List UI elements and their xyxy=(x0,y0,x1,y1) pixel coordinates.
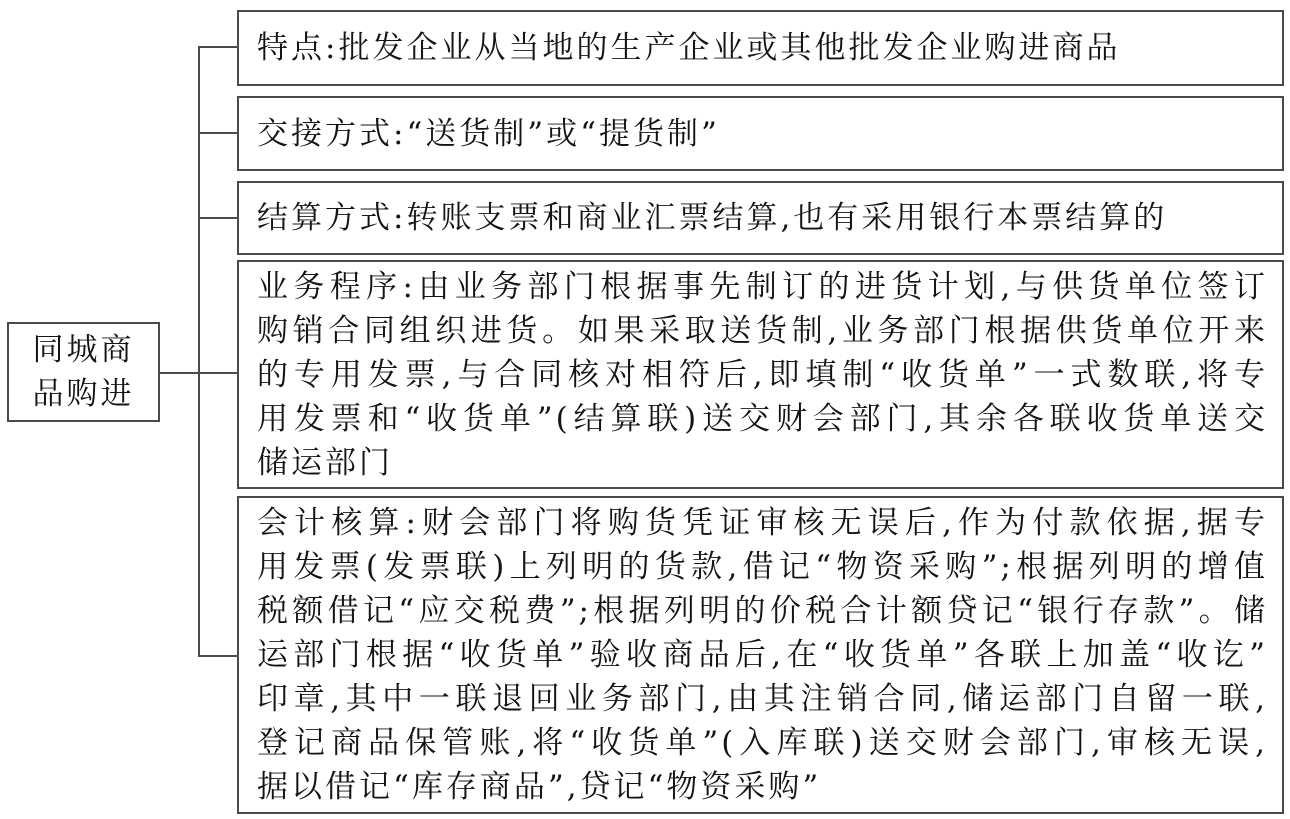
accounting-line-4: 运部门根据“收货单”验收商品后,在“收货单”各联上加盖“收讫” xyxy=(257,633,1268,677)
branch-box-characteristics: 特点:批发企业从当地的生产企业或其他批发企业购进商品 xyxy=(237,10,1284,86)
accounting-line-6: 登记商品保管账,将“收货单”(入库联)送交财会部门,审核无误, xyxy=(257,721,1268,765)
connector-branch-characteristics xyxy=(199,46,237,48)
connector-branch-accounting xyxy=(199,655,237,657)
accounting-line-3: 税额借记“应交税费”;根据列明的价税合计额贷记“银行存款”。储 xyxy=(257,589,1268,633)
settlement-method-text: 结算方式:转账支票和商业汇票结算,也有采用银行本票结算的 xyxy=(257,196,1268,240)
branch-box-business-procedure: 业务程序:由业务部门根据事先制订的进货计划,与供货单位签订 购销合同组织进货。如… xyxy=(237,260,1284,489)
business-procedure-line-2: 购销合同组织进货。如果采取送货制,业务部门根据供货单位开来 xyxy=(257,309,1268,353)
root-node-box: 同城商 品购进 xyxy=(7,322,160,422)
business-procedure-line-1: 业务程序:由业务部门根据事先制订的进货计划,与供货单位签订 xyxy=(257,265,1268,309)
accounting-line-7: 据以借记“库存商品”,贷记“物资采购” xyxy=(257,765,1268,809)
flow-diagram: 同城商 品购进 特点:批发企业从当地的生产企业或其他批发企业购进商品 交接方式:… xyxy=(0,0,1290,819)
handover-method-text: 交接方式:“送货制”或“提货制” xyxy=(257,112,1268,156)
connector-root-to-procedure xyxy=(160,372,237,374)
characteristics-text: 特点:批发企业从当地的生产企业或其他批发企业购进商品 xyxy=(257,26,1268,70)
connector-branch-settlement xyxy=(199,217,237,219)
branch-box-handover-method: 交接方式:“送货制”或“提货制” xyxy=(237,96,1284,171)
business-procedure-line-5: 储运部门 xyxy=(257,441,1268,485)
accounting-line-2: 用发票(发票联)上列明的货款,借记“物资采购”;根据列明的增值 xyxy=(257,545,1268,589)
accounting-line-1: 会计核算:财会部门将购货凭证审核无误后,作为付款依据,据专 xyxy=(257,501,1268,545)
business-procedure-line-3: 的专用发票,与合同核对相符后,即填制“收货单”一式数联,将专 xyxy=(257,353,1268,397)
root-node-label-line-2: 品购进 xyxy=(33,372,135,416)
branch-box-settlement-method: 结算方式:转账支票和商业汇票结算,也有采用银行本票结算的 xyxy=(237,181,1284,255)
root-node-label-line-1: 同城商 xyxy=(33,328,135,372)
accounting-line-5: 印章,其中一联退回业务部门,由其注销合同,储运部门自留一联, xyxy=(257,677,1268,721)
business-procedure-line-4: 用发票和“收货单”(结算联)送交财会部门,其余各联收货单送交 xyxy=(257,397,1268,441)
connector-branch-handover xyxy=(199,132,237,134)
branch-box-accounting: 会计核算:财会部门将购货凭证审核无误后,作为付款依据,据专 用发票(发票联)上列… xyxy=(237,496,1284,814)
connector-spine xyxy=(198,46,200,657)
